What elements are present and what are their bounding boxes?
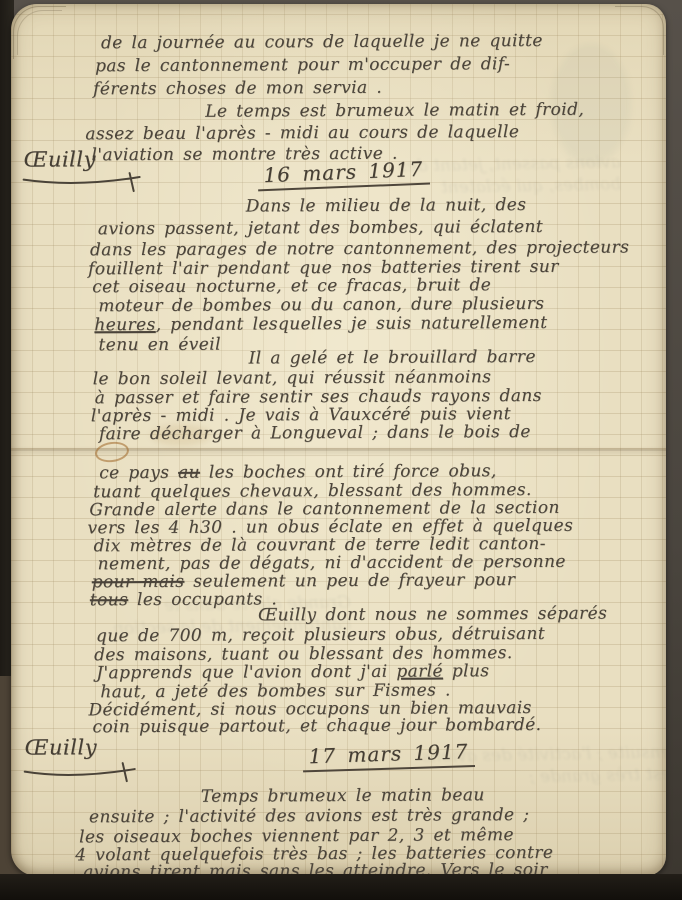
struck-word: au [178, 463, 200, 483]
handwriting-line: heures, pendant lesquelles je suis natur… [94, 313, 547, 336]
notebook-cover-edge-bottom [0, 874, 682, 900]
handwriting-line: assez beau l'après - midi au cours de la… [85, 122, 519, 145]
handwriting-line: Dans le milieu de la nuit, des [246, 195, 527, 217]
handwriting-line: tenu en éveil [98, 335, 221, 356]
line-text: , pendant lesquelles je suis naturelleme… [156, 313, 548, 335]
handwriting-line: de la journée au cours de laquelle je ne… [101, 31, 543, 54]
margin-place-note: Œuilly [25, 737, 98, 758]
entry-date-heading: 16 mars 1917 [257, 159, 430, 192]
handwriting-line: pas le cantonnement pour m'occuper de di… [95, 54, 510, 77]
line-text: ce pays [99, 463, 178, 483]
struck-word: tous [90, 590, 128, 610]
entry-date-heading: 17 mars 1917 [302, 741, 475, 772]
line-text: plus [443, 661, 490, 681]
diary-page: avions passent, jetant des bombes, qui é… [11, 4, 666, 876]
handwriting-line: férents choses de mon servia . [93, 78, 382, 100]
notebook-photo: avions passent, jetant des bombes, qui é… [0, 0, 682, 900]
handwriting-line: Temps brumeux le matin beau [201, 785, 485, 807]
line-text: les occupants . [128, 589, 277, 610]
handwriting-line: ensuite ; l'activité des avions est très… [89, 805, 530, 828]
handwriting-line: faire décharger à Longueval ; dans le bo… [99, 422, 531, 445]
underlined-word: parlé [396, 661, 443, 681]
handwriting-line: avions passent, jetant des bombes, qui é… [98, 217, 543, 240]
handwriting-layer: de la journée au cours de laquelle je ne… [11, 4, 666, 876]
handwriting-line: Il a gelé et le brouillard barre [249, 347, 536, 369]
handwriting-line: Œuilly dont nous ne sommes séparés [258, 604, 607, 626]
margin-note-flourish [23, 761, 153, 784]
margin-note-flourish [22, 171, 152, 194]
handwriting-line: Le temps est brumeux le matin et froid, [205, 100, 584, 122]
margin-place-note: Œuilly [23, 149, 96, 170]
handwriting-line: tous les occupants . [90, 589, 277, 610]
handwriting-line: coin puisque partout, et chaque jour bom… [92, 715, 541, 738]
underlined-word: heures [94, 315, 155, 335]
